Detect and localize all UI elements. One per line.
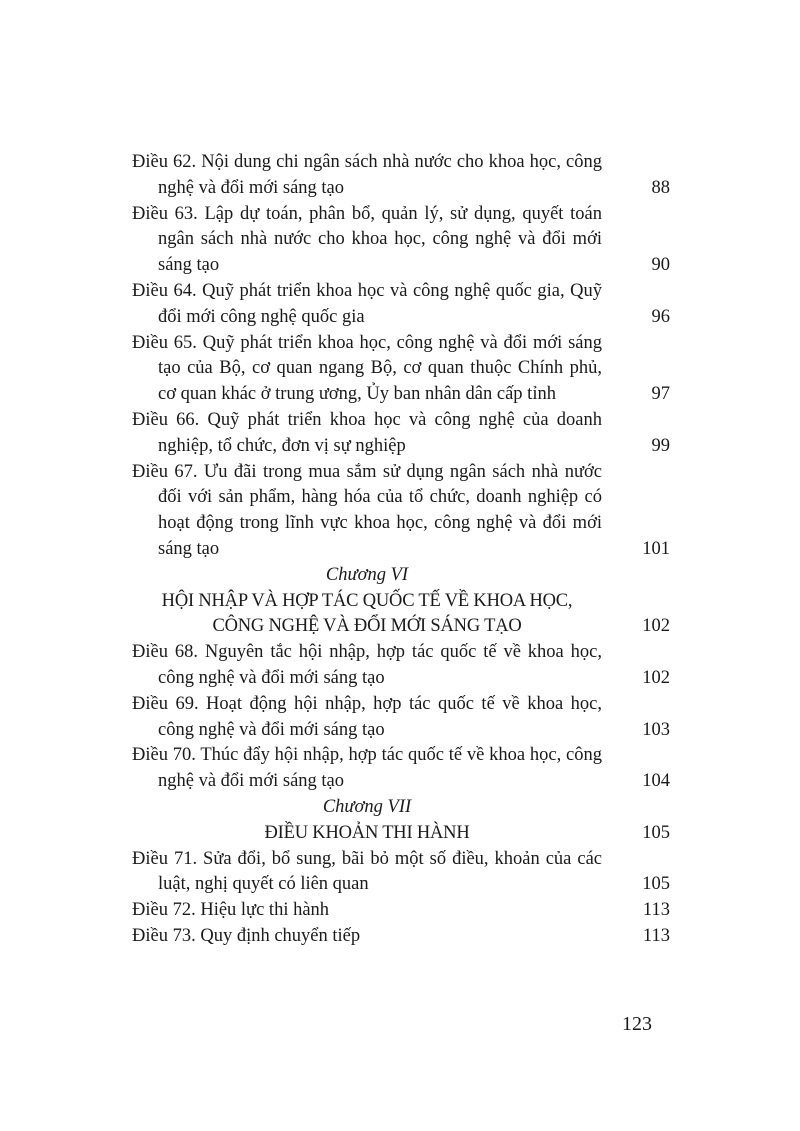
- toc-chapter-6[interactable]: Chương VI HỘI NHẬP VÀ HỢP TÁC QUỐC TẾ VỀ…: [132, 563, 670, 640]
- toc-entry-page: 97: [652, 382, 671, 408]
- toc-entry-dieu-70[interactable]: Điều 70. Thúc đẩy hội nhập, hợp tác quốc…: [132, 743, 670, 795]
- toc-entry-title: Điều 67. Ưu đãi trong mua sắm sử dụng ng…: [132, 460, 602, 563]
- toc-entry-dieu-64[interactable]: Điều 64. Quỹ phát triển khoa học và công…: [132, 279, 670, 331]
- toc-entry-dieu-65[interactable]: Điều 65. Quỹ phát triển khoa học, công n…: [132, 331, 670, 408]
- toc-entry-title: Điều 73. Quy định chuyển tiếp: [132, 924, 602, 950]
- toc-entry-dieu-72[interactable]: Điều 72. Hiệu lực thi hành 113: [132, 898, 670, 924]
- chapter-label: Chương VII: [132, 795, 602, 821]
- chapter-page: 105: [642, 821, 670, 847]
- toc-entry-title: Điều 70. Thúc đẩy hội nhập, hợp tác quốc…: [132, 743, 602, 795]
- toc-entry-title: Điều 63. Lập dự toán, phân bổ, quản lý, …: [132, 202, 602, 279]
- toc-entry-title: Điều 68. Nguyên tắc hội nhập, hợp tác qu…: [132, 640, 602, 692]
- toc-entry-title: Điều 64. Quỹ phát triển khoa học và công…: [132, 279, 602, 331]
- toc-entry-title: Điều 65. Quỹ phát triển khoa học, công n…: [132, 331, 602, 408]
- toc-entry-title: Điều 72. Hiệu lực thi hành: [132, 898, 602, 924]
- chapter-title-line-2: CÔNG NGHỆ VÀ ĐỔI MỚI SÁNG TẠO: [132, 614, 602, 640]
- toc-chapter-7[interactable]: Chương VII ĐIỀU KHOẢN THI HÀNH 105: [132, 795, 670, 847]
- toc-entry-page: 113: [643, 924, 670, 950]
- table-of-contents: Điều 62. Nội dung chi ngân sách nhà nước…: [132, 150, 670, 950]
- toc-entry-page: 99: [652, 434, 671, 460]
- page-number: 123: [622, 1013, 652, 1036]
- toc-entry-dieu-71[interactable]: Điều 71. Sửa đổi, bổ sung, bãi bỏ một số…: [132, 847, 670, 899]
- toc-entry-page: 102: [642, 666, 670, 692]
- chapter-title-line-1: ĐIỀU KHOẢN THI HÀNH: [132, 821, 602, 847]
- toc-entry-page: 113: [643, 898, 670, 924]
- toc-entry-title: Điều 71. Sửa đổi, bổ sung, bãi bỏ một số…: [132, 847, 602, 899]
- document-page: Điều 62. Nội dung chi ngân sách nhà nước…: [0, 0, 800, 1131]
- toc-entry-page: 105: [642, 872, 670, 898]
- toc-entry-dieu-68[interactable]: Điều 68. Nguyên tắc hội nhập, hợp tác qu…: [132, 640, 670, 692]
- toc-entry-page: 96: [652, 305, 671, 331]
- toc-entry-dieu-69[interactable]: Điều 69. Hoạt động hội nhập, hợp tác quố…: [132, 692, 670, 744]
- toc-entry-page: 103: [642, 718, 670, 744]
- toc-entry-page: 104: [642, 769, 670, 795]
- toc-entry-dieu-73[interactable]: Điều 73. Quy định chuyển tiếp 113: [132, 924, 670, 950]
- chapter-page: 102: [642, 614, 670, 640]
- toc-entry-dieu-66[interactable]: Điều 66. Quỹ phát triển khoa học và công…: [132, 408, 670, 460]
- toc-entry-page: 88: [652, 176, 671, 202]
- toc-entry-page: 101: [642, 537, 670, 563]
- chapter-label: Chương VI: [132, 563, 602, 589]
- toc-entry-title: Điều 66. Quỹ phát triển khoa học và công…: [132, 408, 602, 460]
- toc-entry-title: Điều 62. Nội dung chi ngân sách nhà nước…: [132, 150, 602, 202]
- toc-entry-dieu-62[interactable]: Điều 62. Nội dung chi ngân sách nhà nước…: [132, 150, 670, 202]
- toc-entry-page: 90: [652, 253, 671, 279]
- toc-entry-dieu-63[interactable]: Điều 63. Lập dự toán, phân bổ, quản lý, …: [132, 202, 670, 279]
- toc-entry-title: Điều 69. Hoạt động hội nhập, hợp tác quố…: [132, 692, 602, 744]
- toc-entry-dieu-67[interactable]: Điều 67. Ưu đãi trong mua sắm sử dụng ng…: [132, 460, 670, 563]
- chapter-title-line-1: HỘI NHẬP VÀ HỢP TÁC QUỐC TẾ VỀ KHOA HỌC,: [132, 589, 602, 615]
